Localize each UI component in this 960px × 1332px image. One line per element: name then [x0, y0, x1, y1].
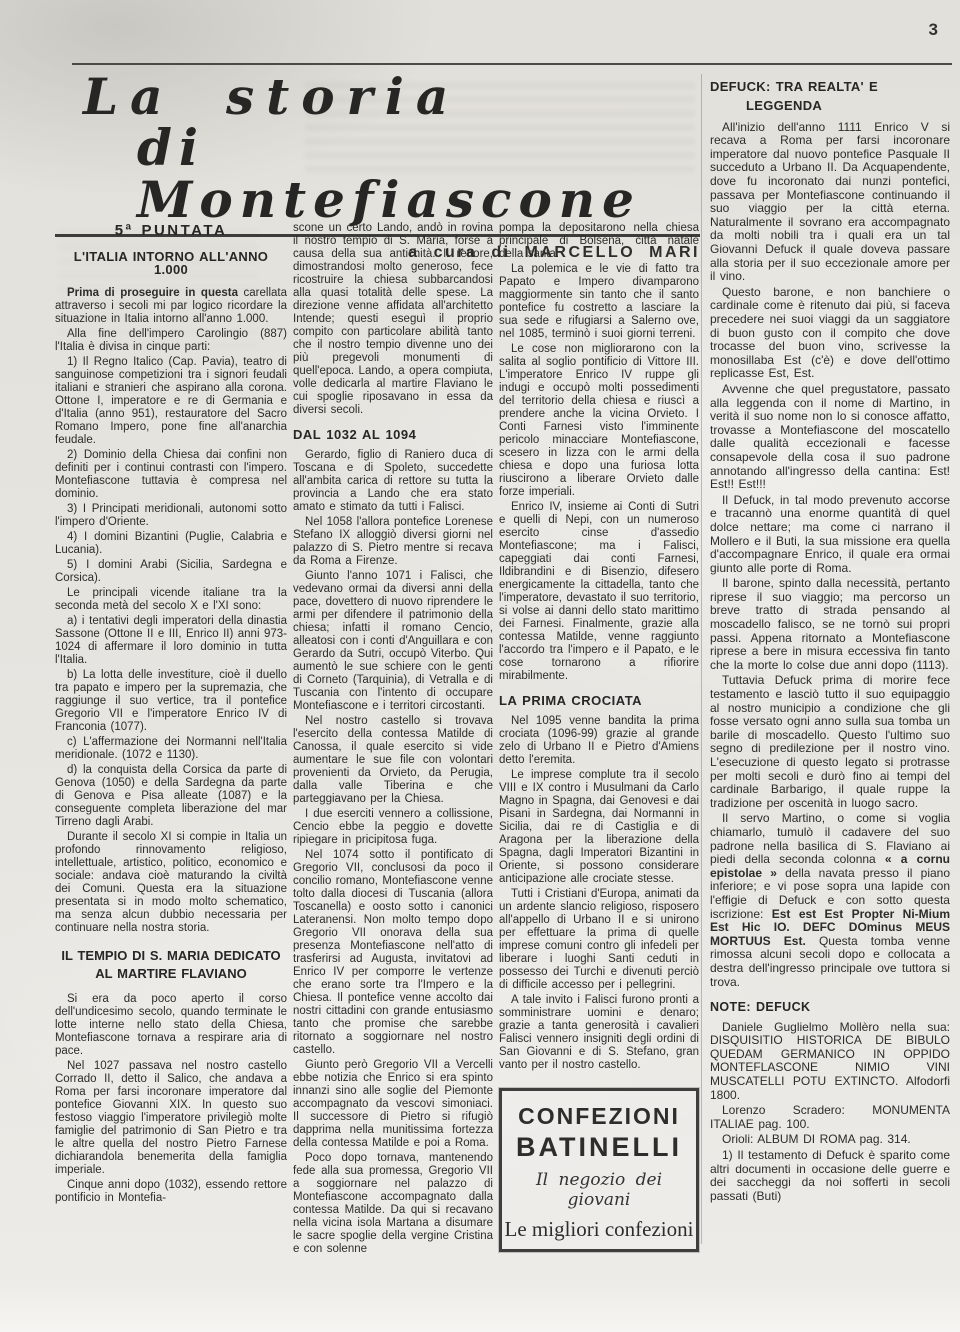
ad-confezioni-batinelli: CONFEZIONI BATINELLI Il negozio dei giov… [499, 1088, 699, 1252]
paragraph: Lorenzo Scradero: MONUMENTA ITALIAE pag.… [710, 1104, 950, 1131]
heading-dal-1032-al-1094: DAL 1032 AL 1094 [293, 428, 493, 441]
paragraph: 1) Il testamento di Defuck è sparito com… [710, 1149, 950, 1203]
paragraph: Daniele Guglielmo Mollèro nella sua: DIS… [710, 1021, 950, 1103]
paragraph: Nel 1095 venne bandita la prima crociata… [499, 715, 699, 767]
ad-tagline: Il negozio dei giovani [502, 1170, 696, 1210]
paragraph: A tale invito i Falisci furono pronti a … [499, 994, 699, 1072]
paragraph: Il Defuck, in tal modo prevenuto accorse… [710, 494, 950, 576]
paragraph: Avvenne che quel pregustatore, passato a… [710, 383, 950, 492]
ad-brand-line1: CONFEZIONI [502, 1103, 696, 1130]
paragraph: 5) I domini Arabi (Sicilia, Sardegna e C… [55, 559, 287, 585]
paragraph: 2) Dominio della Chiesa dai confini non … [55, 449, 287, 501]
newspaper-page: 3 La storia di Montefiascone a cura di M… [0, 0, 960, 1332]
heading-puntata: 5ª PUNTATA [55, 224, 287, 237]
heading-prima-crociata: LA PRIMA CROCIATA [499, 694, 699, 707]
heading-note-defuck: NOTE: DEFUCK [710, 1001, 950, 1015]
paragraph: Tuttavia Defuck prima di morire fece tes… [710, 674, 950, 810]
heading-tempio-s-maria: IL TEMPIO DI S. MARIA DEDICATO AL MARTIR… [59, 947, 283, 983]
paragraph: Si era da poco aperto il corso dell'undi… [55, 993, 287, 1058]
column-divider [701, 74, 702, 1244]
paragraph: pompa la depositarono nella chiesa princ… [499, 222, 699, 261]
paragraph: Poco dopo tornava, mantenendo fede alla … [293, 1152, 493, 1256]
article-title-line2: di Montefiascone [137, 122, 700, 226]
paragraph: 4) I domini Bizantini (Puglie, Calabria … [55, 531, 287, 557]
column-1: 5ª PUNTATAL'ITALIA INTORNO ALL'ANNO 1.00… [55, 222, 287, 1258]
paragraph: Il servo Martino, o come si voglia chiam… [710, 812, 950, 989]
heading-italia-anno-1000: L'ITALIA INTORNO ALL'ANNO 1.000 [55, 250, 287, 276]
paragraph: Cinque anni dopo (1032), essendo rettore… [55, 1179, 287, 1205]
column-2: scone un certo Lando, andò in rovina il … [293, 222, 493, 1258]
paragraph: scone un certo Lando, andò in rovina il … [293, 222, 493, 417]
paragraph: I due eserciti vennero a collissione, Ce… [293, 808, 493, 847]
paragraph: c) L'affermazione dei Normanni nell'Ital… [55, 736, 287, 762]
paragraph: b) La lotta delle investiture, cioè il d… [55, 669, 287, 734]
paragraph: Le principali vicende italiane tra la se… [55, 587, 287, 613]
column-3-text: pompa la depositarono nella chiesa princ… [499, 222, 699, 1072]
paragraph: Le cose non migliorarono con la salita a… [499, 343, 699, 499]
page-number: 3 [929, 20, 938, 40]
paragraph: Nel 1027 passava nel nostro castello Cor… [55, 1060, 287, 1177]
paragraph: Il barone, spinto dalla necessità, perta… [710, 577, 950, 672]
paragraph: Durante il secolo XI si compie in Italia… [55, 831, 287, 935]
paragraph: Enrico IV, insieme ai Conti di Sutri e q… [499, 501, 699, 683]
paragraph: Tutti i Cristiani d'Europa, animati da u… [499, 888, 699, 992]
paragraph: d) la conquista della Corsica da parte d… [55, 764, 287, 829]
paragraph: Nel 1074 sotto il pontificato di Gregori… [293, 849, 493, 1057]
paragraph: 1) Il Regno Italico (Cap. Pavia), teatro… [55, 356, 287, 447]
paragraph: Le imprese complute tra il secolo VIII e… [499, 769, 699, 886]
paragraph: Gerardo, figlio di Raniero duca di Tosca… [293, 449, 493, 514]
paragraph: Orioli: ALBUM DI ROMA pag. 314. [710, 1133, 950, 1147]
paragraph: Prima di proseguire in questa carellata … [55, 287, 287, 326]
paragraph: a) i tentativi degli imperatori della di… [55, 615, 287, 667]
ad-brand-line2: BATINELLI [502, 1132, 696, 1163]
paragraph: Giunto però Gregorio VII a Vercelli ebbe… [293, 1059, 493, 1150]
paragraph: 3) I Principati meridionali, autonomi so… [55, 503, 287, 529]
column-3: pompa la depositarono nella chiesa princ… [499, 222, 699, 1258]
paragraph: All'inizio dell'anno 1111 Enrico V si re… [710, 121, 950, 284]
paragraph: La polemica e le vie di fatto tra Papato… [499, 263, 699, 341]
ad-subline: Le migliori confezioni [502, 1217, 696, 1242]
main-article-columns: 5ª PUNTATAL'ITALIA INTORNO ALL'ANNO 1.00… [55, 222, 699, 1258]
paragraph: Alla fine dell'impero Carolingio (887) l… [55, 328, 287, 354]
article-title-line1: La storia [83, 72, 700, 122]
paragraph: Questo barone, e non banchiere o cardina… [710, 286, 950, 381]
paragraph: Nel 1058 l'allora pontefice Lorenese Ste… [293, 516, 493, 568]
heading-defuck: DEFUCK: TRA REALTA' E LEGGENDA [710, 78, 950, 116]
sidebar-article-defuck: DEFUCK: TRA REALTA' E LEGGENDAAll'inizio… [710, 78, 950, 1205]
paragraph: Nel nostro castello si trovava l'esercit… [293, 715, 493, 806]
top-rule [72, 63, 952, 65]
paragraph: Giunto l'anno 1071 i Falisci, che vedeva… [293, 570, 493, 713]
